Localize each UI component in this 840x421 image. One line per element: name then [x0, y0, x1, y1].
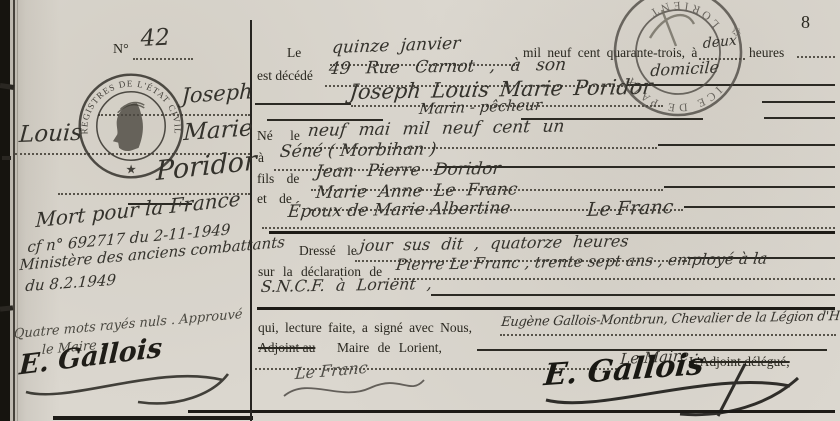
- solid-line: [762, 101, 835, 103]
- occupation-handwritten: Marin - pêcheur: [418, 96, 542, 118]
- dotted-line: [500, 333, 836, 336]
- father-label: fils de: [257, 171, 299, 187]
- solid-line: [255, 103, 351, 105]
- binding-strip: [0, 0, 10, 421]
- margin-name-louis: Louis: [18, 120, 83, 148]
- spouse-surname-handwritten: Le Franc: [586, 196, 674, 221]
- declarant-signature: Le Franc: [278, 366, 428, 408]
- drawn-date-handwritten: jour sus dit , quatorze heures: [359, 231, 630, 255]
- solid-line: [664, 186, 835, 188]
- act-line1-prefix: Le: [287, 45, 301, 61]
- stitch-mark: [2, 156, 11, 160]
- declarant-employer-handwritten: S.N.C.F. à Lorient ,: [260, 274, 433, 296]
- spouse-handwritten: Époux de Marie Albertine: [287, 198, 512, 222]
- officer-name-handwritten: Eugène Gallois-Montbrun, Chevalier de la…: [500, 308, 840, 330]
- stamp-star-icon: ★: [125, 163, 136, 177]
- act-number-value: 42: [140, 24, 171, 51]
- struck-adjoint-text: Adjoint au: [258, 340, 315, 356]
- page-number: 8: [801, 12, 810, 33]
- dotted-line: [262, 226, 835, 229]
- closing-label: qui, lecture faite, a signé avec Nous,: [258, 320, 472, 336]
- death-date-handwritten: quinze janvier: [331, 34, 461, 59]
- solid-line: [684, 206, 835, 208]
- mother-label: et de: [257, 191, 292, 207]
- dotted-line: [133, 57, 193, 60]
- dotted-filler: [797, 55, 835, 58]
- death-register-page: 8 N° 42 · REGISTRES DE L'ÉTAT CIVIL · ★ …: [0, 0, 840, 421]
- act-line2-prefix: est décédé: [257, 68, 313, 84]
- drawn-label: Dressé le: [299, 243, 357, 259]
- margin-note-date: du 8.2.1949: [25, 271, 117, 295]
- father-name-handwritten: Jean Pierre Doridor: [315, 159, 502, 182]
- mayor-title-text: Maire de Lorient,: [337, 340, 442, 356]
- binding-line: [13, 0, 15, 421]
- solid-line: [658, 144, 835, 146]
- bottom-rule: [53, 416, 253, 420]
- birth-date-handwritten: neuf mai mil neuf cent un: [307, 117, 566, 142]
- margin-mayor-signature: E. Gallois: [18, 350, 233, 415]
- section-rule: [257, 307, 835, 310]
- birth-place-handwritten: Séné ( Morbihan ): [279, 139, 437, 162]
- solid-line: [764, 117, 835, 119]
- death-place-handwritten: 49 Rue Carnot , à son: [328, 55, 567, 79]
- act-number-label: N°: [113, 42, 129, 58]
- marianne-head-icon: [113, 103, 144, 151]
- mayor-signature: E. Gallois: [540, 356, 805, 418]
- domicile-handwritten: domicile: [650, 57, 720, 80]
- dotted-line: [394, 277, 835, 280]
- stitch-mark: [0, 305, 13, 311]
- margin-name-joseph: Joseph: [181, 79, 253, 108]
- margin-name-marie: Marie: [183, 115, 253, 146]
- solid-line: [431, 294, 835, 296]
- born-place-label: à: [258, 150, 264, 166]
